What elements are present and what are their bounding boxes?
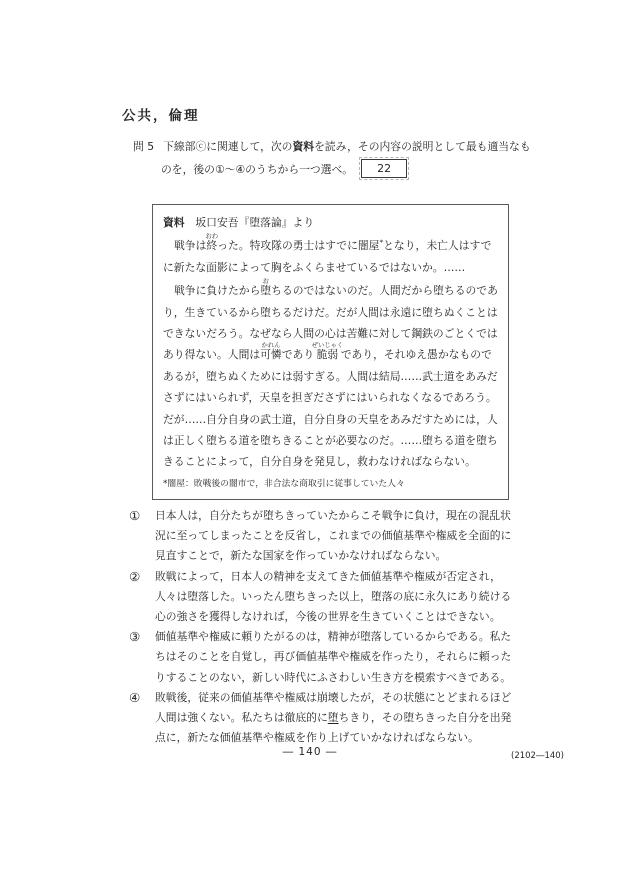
- question-label: 問 5: [133, 140, 154, 153]
- subject-header: 公共，倫理: [122, 104, 200, 124]
- source-paragraph-1: 戦争は終おわった。特攻隊の勇士はすでに闇屋*となり，未亡人はすでに新たな面影によ…: [163, 233, 498, 278]
- exam-page: 公共，倫理 問 5下線部ⓒに関連して，次の資料を読み，その内容の説明として最も適…: [0, 0, 620, 876]
- option-1-number: ①: [129, 506, 155, 526]
- option-3-text: 価値基準や権威に頼りたがるのは，精神が堕落しているからである。私たちはそのことを…: [155, 627, 521, 688]
- option-3: ③価値基準や権威に頼りたがるのは，精神が堕落しているからである。私たちはそのこと…: [129, 627, 521, 688]
- option-3-number: ③: [129, 627, 155, 647]
- text-segment: 資料: [163, 216, 185, 229]
- source-paragraph-2: 戦争に負けたから堕おちるのではないのだ。人間だから堕ちるのであり，生きているから…: [163, 278, 498, 473]
- text-segment: 戦争は: [174, 239, 206, 252]
- option-4-text: 敗戦後，従来の価値基準や権威は崩壊したが，その状態にとどまれるほど人間は強くない…: [155, 688, 521, 749]
- text-segment: 坂口安吾『堕落論』より: [185, 216, 315, 229]
- option-2-text: 敗戦によって，日本人の精神を支えてきた価値基準や権威が否定され，人々は堕落した。…: [155, 567, 521, 628]
- text-segment: であり: [282, 348, 314, 361]
- question-text: 下線部ⓒに関連して，次の資料を読み，その内容の説明として最も適当なものを，後の①…: [161, 140, 531, 176]
- source-title: 資料 坂口安吾『堕落論』より: [163, 212, 498, 233]
- text-segment: であり，それゆえ愚かなものであるが，堕ちぬくためには弱すぎる。人間は結局……武士…: [163, 348, 498, 468]
- text-segment: 日本人は，自分たちが堕ちきっていたからこそ戦争に負け，現在の混乱状況に至ってしま…: [155, 509, 511, 562]
- option-4-number: ④: [129, 688, 155, 708]
- doc-code: (2102―140): [511, 751, 564, 761]
- option-1-text: 日本人は，自分たちが堕ちきっていたからこそ戦争に負け，現在の混乱状況に至ってしま…: [155, 506, 521, 567]
- furigana-text: 可憐かれん: [260, 348, 282, 361]
- furigana-text: 堕お: [260, 284, 271, 297]
- option-4: ④敗戦後，従来の価値基準や権威は崩壊したが，その状態にとどまれるほど人間は強くな…: [129, 688, 521, 749]
- text-segment: 下線部ⓒに関連して，次の: [163, 140, 292, 153]
- text-segment: 価値基準や権威に頼りたがるのは，精神が堕落しているからである。私たちはそのことを…: [155, 630, 511, 683]
- option-1: ①日本人は，自分たちが堕ちきっていたからこそ戦争に負け，現在の混乱状況に至ってし…: [129, 506, 521, 567]
- question-block: 問 5下線部ⓒに関連して，次の資料を読み，その内容の説明として最も適当なものを，…: [133, 136, 535, 181]
- text-segment: 資料: [292, 140, 314, 153]
- option-2-number: ②: [129, 567, 155, 587]
- source-material-box: 資料 坂口安吾『堕落論』より 戦争は終おわった。特攻隊の勇士はすでに闇屋*となり…: [152, 204, 509, 500]
- source-footnote: *闇屋：敗戦後の闇市で，非合法な商取引に従事していた人々: [163, 477, 498, 491]
- furigana-text: 終おわ: [206, 239, 217, 252]
- text-segment: 敗戦によって，日本人の精神を支えてきた価値基準や権威が否定され，人々は堕落した。…: [155, 570, 511, 623]
- option-2: ②敗戦によって，日本人の精神を支えてきた価値基準や権威が否定され，人々は堕落した…: [129, 567, 521, 628]
- text-segment: った。特攻隊の勇士はすでに闇屋: [217, 239, 379, 252]
- text-segment: 戦争に負けたから: [174, 284, 260, 297]
- options-list: ①日本人は，自分たちが堕ちきっていたからこそ戦争に負け，現在の混乱状況に至ってし…: [129, 506, 521, 748]
- furigana-text: 脆弱ぜいじゃく: [314, 348, 341, 361]
- answer-number-box: 22: [361, 159, 407, 178]
- text-segment: 堕: [328, 711, 339, 724]
